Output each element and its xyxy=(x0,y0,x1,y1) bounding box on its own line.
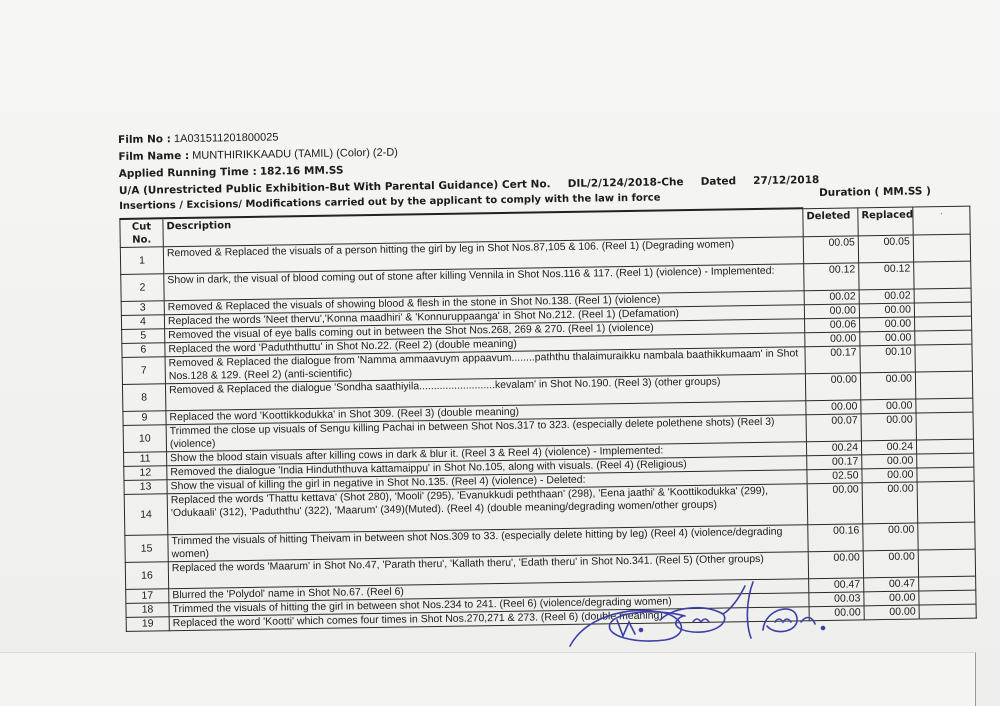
deleted-cell: 00.17 xyxy=(807,455,862,470)
extra-cell xyxy=(916,398,973,413)
signature-icon xyxy=(565,578,865,658)
film-no-value: 1A031511201800025 xyxy=(174,131,279,145)
page-fold-shadow xyxy=(0,652,976,706)
extra-cell xyxy=(919,576,976,591)
deleted-cell: 00.07 xyxy=(806,414,861,442)
cut-no-cell: 10 xyxy=(123,425,166,453)
replaced-cell: 00.00 xyxy=(863,550,918,578)
deleted-cell: 00.00 xyxy=(804,304,859,319)
deleted-cell: 00.00 xyxy=(805,373,860,401)
replaced-cell: 00.02 xyxy=(859,289,914,304)
replaced-cell: 00.12 xyxy=(859,262,914,290)
deleted-cell: 00.24 xyxy=(806,441,861,456)
cert-no-value: DIL/2/124/2018-Che xyxy=(568,176,684,190)
extra-cell xyxy=(917,453,974,468)
replaced-cell: 00.00 xyxy=(859,303,914,318)
extra-cell xyxy=(913,234,970,262)
certificate-document: Film No : 1A031511201800025 Film Name : … xyxy=(118,119,976,632)
cut-no-cell: 17 xyxy=(126,589,169,604)
extra-cell xyxy=(915,330,972,345)
cut-no-cell: 3 xyxy=(121,301,164,316)
extra-cell xyxy=(915,344,972,372)
cut-no-cell: 7 xyxy=(122,357,165,385)
deleted-cell: 00.05 xyxy=(803,236,858,264)
replaced-cell: 00.00 xyxy=(863,523,918,551)
cut-no-cell: 15 xyxy=(125,535,168,563)
cut-no-cell: 12 xyxy=(124,466,167,481)
replaced-cell: 00.00 xyxy=(862,468,917,483)
deleted-cell: 00.06 xyxy=(805,318,860,333)
replaced-cell: 00.05 xyxy=(858,235,913,263)
deleted-cell: 00.02 xyxy=(804,290,859,305)
col-replaced: Replaced xyxy=(858,207,913,236)
extra-cell xyxy=(915,316,972,331)
deleted-cell: 00.00 xyxy=(808,551,863,579)
cut-no-cell: 11 xyxy=(124,452,167,467)
extra-cell xyxy=(916,412,973,440)
duration-heading: Duration ( MM.SS ) xyxy=(819,185,931,199)
replaced-cell: 00.00 xyxy=(860,317,915,332)
deleted-cell: 00.17 xyxy=(805,346,860,374)
col-extra: · xyxy=(913,206,970,235)
extra-cell xyxy=(914,302,971,317)
deleted-cell: 00.12 xyxy=(804,263,859,291)
cut-no-cell: 19 xyxy=(126,617,169,632)
extra-cell xyxy=(914,261,971,289)
col-deleted: Deleted xyxy=(803,207,858,236)
table-body: 1Removed & Replaced the visuals of a per… xyxy=(120,234,976,631)
cut-no-cell: 1 xyxy=(120,247,163,275)
cut-no-cell: 14 xyxy=(124,494,168,536)
cut-no-cell: 9 xyxy=(123,411,166,426)
replaced-cell: 00.00 xyxy=(862,454,917,469)
replaced-cell: 00.00 xyxy=(860,372,915,400)
extra-cell xyxy=(915,371,972,399)
extra-cell xyxy=(914,288,971,303)
cut-no-cell: 2 xyxy=(121,274,164,302)
replaced-cell: 00.00 xyxy=(861,399,916,414)
cut-no-cell: 13 xyxy=(124,480,167,495)
film-name-value: MUNTHIRIKKAADU (TAMIL) (Color) (2-D) xyxy=(192,147,398,162)
extra-cell xyxy=(917,481,975,523)
modifications-table: Cut No. Description Deleted Replaced · 1… xyxy=(119,205,976,632)
extra-cell xyxy=(919,590,976,605)
cut-no-cell: 5 xyxy=(122,329,165,344)
running-time-label: Applied Running Time : xyxy=(119,166,257,180)
cut-no-cell: 6 xyxy=(122,343,165,358)
replaced-cell: 00.00 xyxy=(860,331,915,346)
replaced-cell: 00.24 xyxy=(861,440,916,455)
dated-value: 27/12/2018 xyxy=(753,174,819,187)
replaced-cell: 00.47 xyxy=(864,577,919,592)
replaced-cell: 00.00 xyxy=(864,605,919,620)
film-name-label: Film Name : xyxy=(118,150,189,163)
running-time-value: 182.16 MM.SS xyxy=(260,164,344,177)
replaced-cell: 00.00 xyxy=(861,413,916,441)
dated-label: Dated xyxy=(701,175,737,188)
replaced-cell: 00.00 xyxy=(864,591,919,606)
deleted-cell: 00.00 xyxy=(806,400,861,415)
extra-cell xyxy=(917,467,974,482)
extra-cell xyxy=(919,604,976,619)
col-cut-no: Cut No. xyxy=(120,218,163,247)
deleted-cell: 00.16 xyxy=(808,524,863,552)
cut-no-cell: 4 xyxy=(121,315,164,330)
deleted-cell: 02.50 xyxy=(807,469,862,484)
extra-cell xyxy=(916,439,973,454)
cut-no-cell: 18 xyxy=(126,603,169,618)
extra-cell xyxy=(918,522,975,550)
replaced-cell: 00.10 xyxy=(860,345,915,373)
cut-no-cell: 16 xyxy=(125,562,168,590)
replaced-cell: 00.00 xyxy=(862,482,918,524)
extra-cell xyxy=(918,549,975,577)
cut-no-cell: 8 xyxy=(122,384,165,412)
deleted-cell: 00.00 xyxy=(807,483,863,525)
deleted-cell: 00.00 xyxy=(805,332,860,347)
film-no-label: Film No : xyxy=(118,133,171,146)
